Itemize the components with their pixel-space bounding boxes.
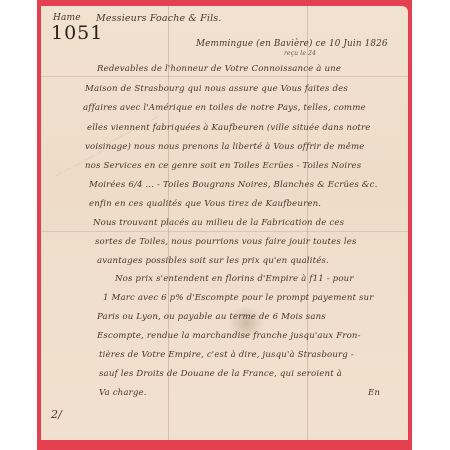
fold-crease-horizontal-top — [41, 76, 408, 77]
letter-line: voisinage) nous nous prenons la liberté … — [85, 142, 364, 152]
letter-line: enfin en ces qualités que Vous tirez de … — [89, 199, 321, 209]
catchword: En — [368, 388, 380, 398]
letter-line: sauf les Droits de Douane de la France, … — [99, 369, 342, 379]
letter-line: Nous trouvant placés au milieu de la Fab… — [93, 218, 344, 228]
addressee: Messieurs Foache & Fils. — [96, 13, 222, 24]
reference-number: 1051 — [51, 22, 103, 44]
letter-line: tières de Votre Empire, c'est à dire, ju… — [99, 350, 354, 360]
letter-line: Nos prix s'entendent en florins d'Empire… — [115, 274, 354, 284]
date-note: reçu le 24 — [284, 50, 316, 57]
letter-paper: — — ——— — — ———— — —— Hame 1051 Messieur… — [41, 6, 408, 440]
margin-mark: 2/ — [51, 408, 62, 421]
letter-line: 1 Marc avec 6 p% d'Escompte pour le prom… — [103, 293, 374, 303]
letter-line: avantages possibles soit sur les prix qu… — [97, 256, 329, 266]
letter-line: sortes de Toiles, nous pourrions vous fa… — [95, 237, 357, 247]
letter-line: Maison de Strasbourg qui nous assure que… — [85, 84, 348, 94]
letter-line: nos Services en ce genre soit en Toiles … — [85, 161, 361, 171]
letter-line: Redevables de l'honneur de Votre Connois… — [97, 64, 341, 74]
letter-line: Moirées 6/4 ... - Toiles Bougrans Noires… — [89, 180, 377, 190]
letter-line: Paris ou Lyon, ou payable au terme de 6 … — [97, 312, 326, 322]
letter-line: Va charge. — [99, 388, 147, 398]
fold-crease-horizontal-middle — [41, 231, 408, 232]
letter-line: affaires avec l'Amérique en toiles de no… — [83, 103, 366, 113]
place-date: Memmingue (en Bavière) ce 10 Juin 1826 — [196, 39, 388, 49]
letter-line: elles viennent fabriquées à Kaufbeuren (… — [87, 123, 371, 133]
letter-line: Escompte, rendue la marchandise franche … — [97, 331, 361, 341]
